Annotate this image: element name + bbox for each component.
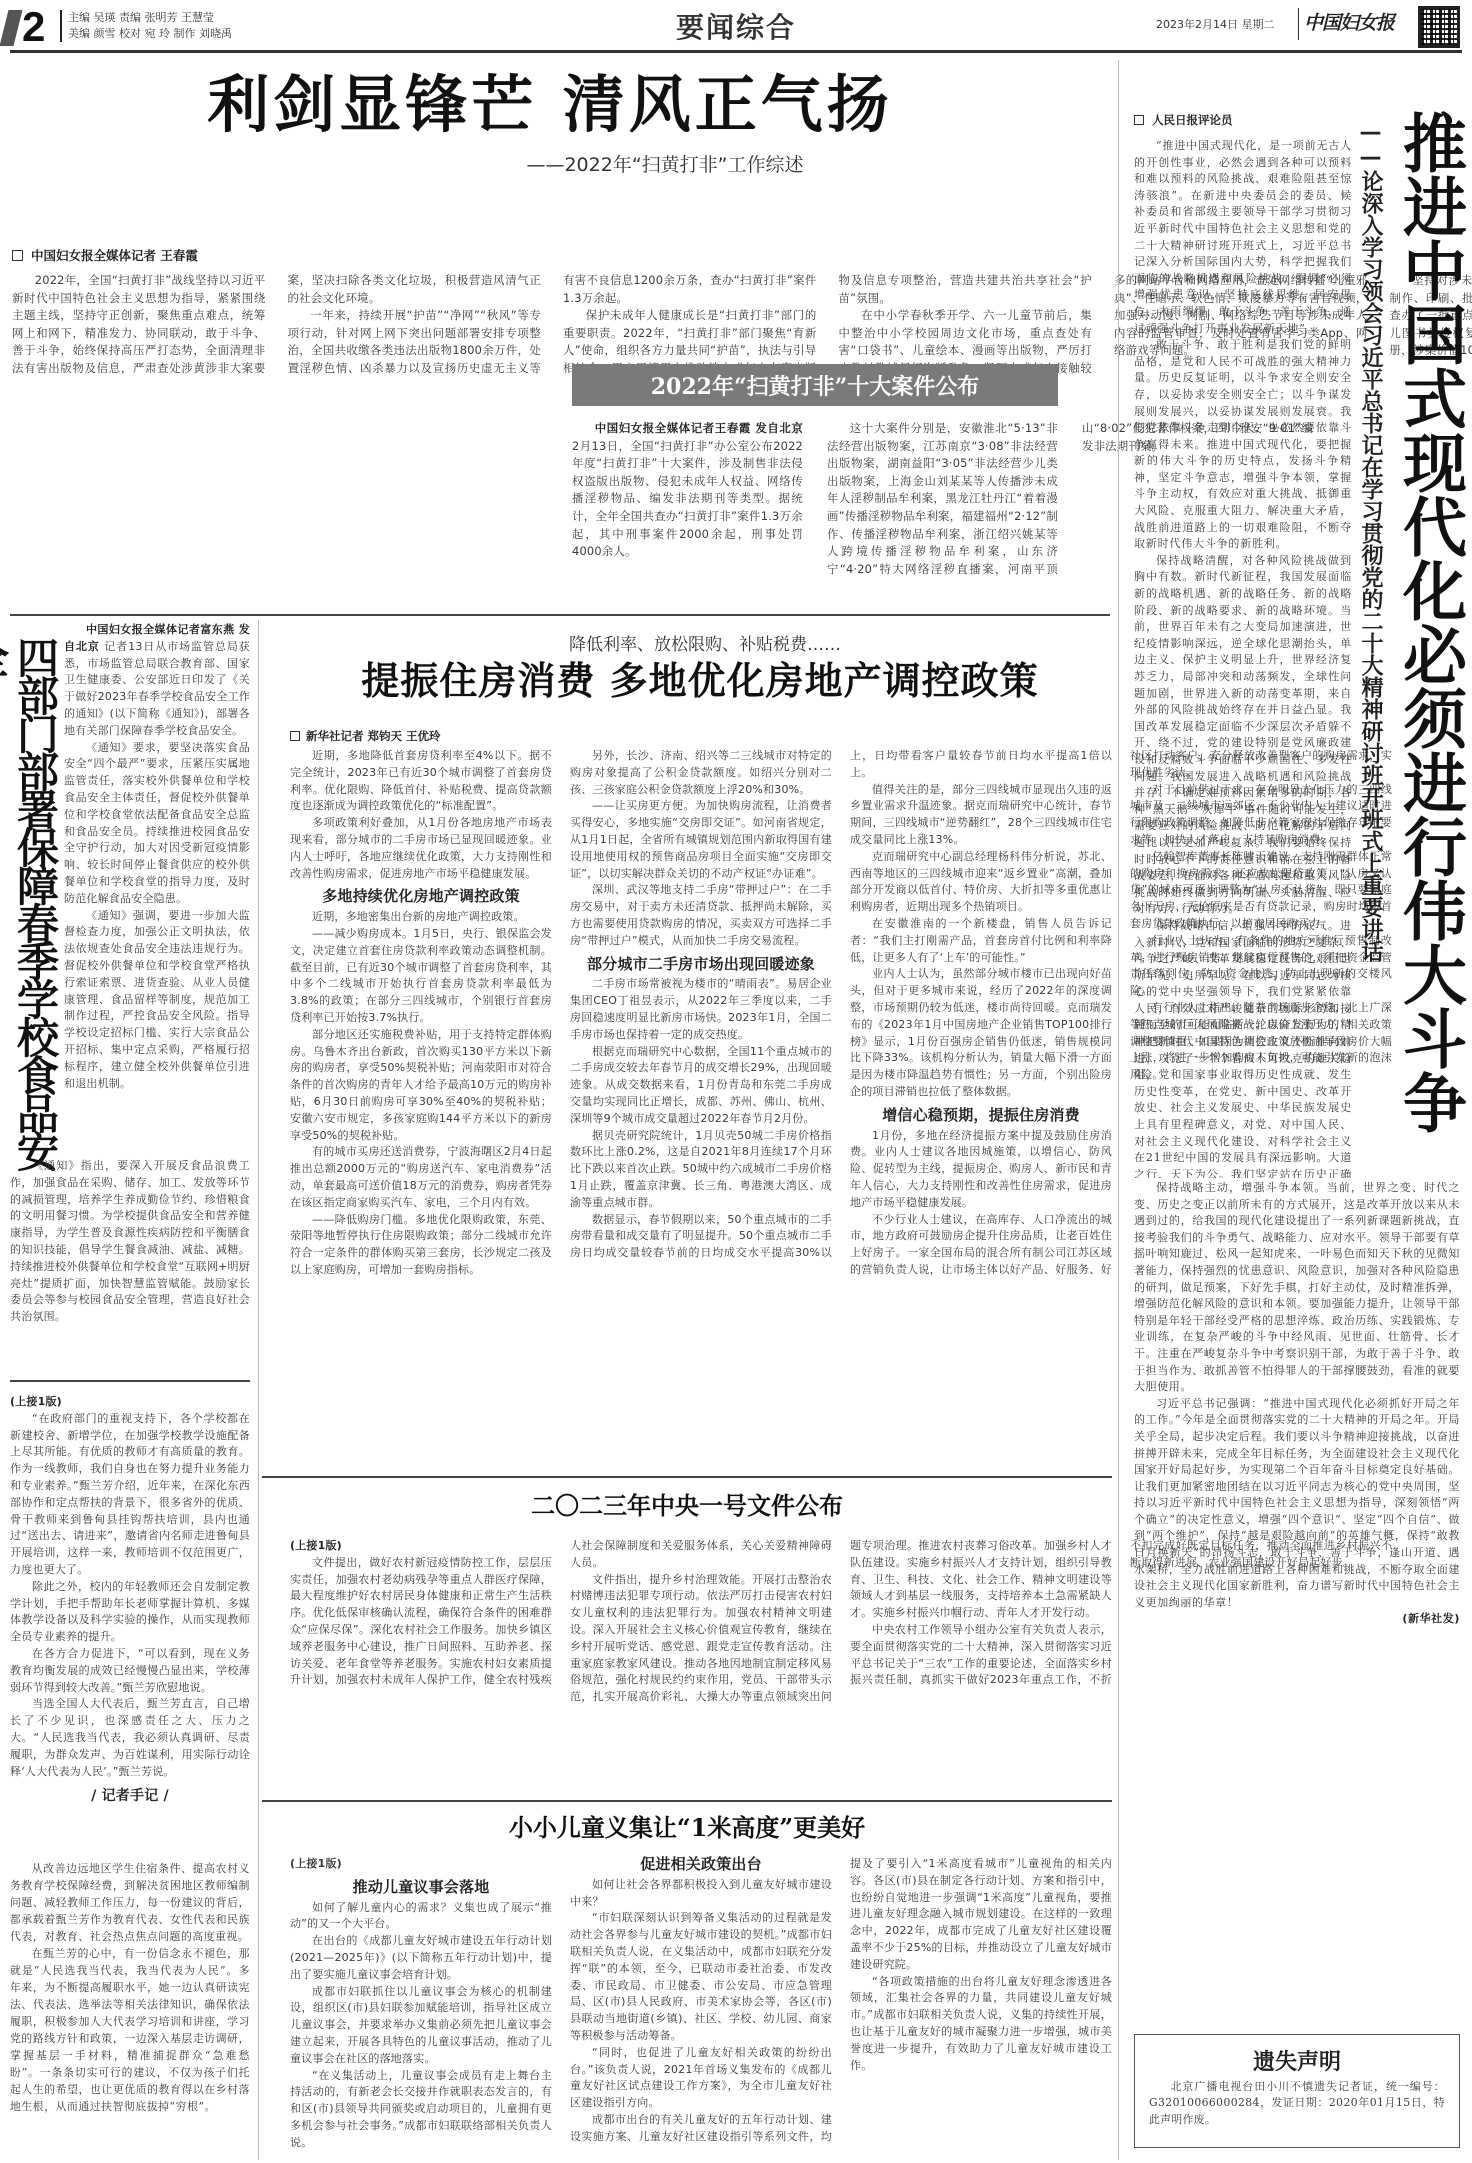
body-children-market: (上接1版)推动儿童议事会落地如何了解儿童内心的需求？义集也成了展示“推动”的又…: [290, 1856, 1112, 2156]
byline-sweep: 中国妇女报全媒体记者 王春霞: [12, 246, 198, 264]
banner-top-cases: 2022年“扫黄打非”十大案件公布: [572, 364, 1058, 406]
paragraph: 如何让社会各界都积极投入到儿童友好城市建设中来？: [570, 1877, 832, 1911]
kicker-housing: 降低利率、放松限购、补贴税费……: [290, 630, 1120, 655]
headline-school-food: 四部门部署保障春季学校食品安全: [10, 636, 60, 1181]
body-editorial-top: “推进中国式现代化，是一项前无古人的开创性事业，必然会遇到各种可以预料和难以预料…: [1134, 138, 1352, 1178]
section-subheading: 多地持续优化房地产调控政策: [290, 888, 552, 905]
section-subheading: 增信心稳预期，提振住房消费: [850, 1107, 1112, 1124]
paragraph: “同时，也促进了儿童友好相关政策的纷纷出台。”该负责人说，2021年首场义集发布…: [570, 2045, 832, 2112]
divider-top: [10, 614, 1110, 616]
paragraph: 深圳、武汉等地支持二手房“带押过户”：在二手房交易中，对于卖方未还清贷款、抵押尚…: [570, 882, 832, 949]
body-housing: 近期，多地降低首套房贷利率至4%以下。据不完全统计，2023年已有近30个城市调…: [290, 748, 1112, 1286]
divider-no1-doc: [262, 1476, 1112, 1478]
paragraph: 多项政策利好叠加，从1月份各地房地产市场表现来看，部分城市的二手房市场已显现回暖…: [290, 815, 552, 882]
lost-notice-title: 遗失声明: [1149, 2045, 1445, 2079]
paragraph: “各项政策措施的出台将儿童友好理念渗透进各领域，汇集社会各界的力量，共同建设儿童…: [850, 1974, 1112, 2075]
body-school-food: 中国妇女报全媒体记者富东燕 发自北京 记者13日从市场监管总局获悉，市场监管总局…: [64, 622, 250, 1092]
body-no1-doc: (上接1版) 文件提出，做好农村新冠疫情防控工作，层层压实责任，加强农村老幼病残…: [290, 1538, 1112, 1714]
headline-housing: 提振住房消费 多地优化房地产调控政策: [270, 654, 1130, 708]
byline-box-icon: [1134, 115, 1144, 125]
byline-box-icon: [290, 731, 300, 741]
paragraph: 克而瑞研究中心副总经理杨科伟分析说，苏北、西南等地区的三四线城市迎来“返乡置业”…: [850, 849, 1112, 916]
paragraph: 成都市妇联抓住以儿童议事会为核心的机制建设，组织区(市)县妇联参加赋能培训，指导…: [290, 1984, 552, 2068]
newspaper-logo: 中国妇女报: [1304, 8, 1394, 35]
paragraph: 据贝壳研究院统计，1月贝壳50城二手房价格指数环比上涨0.2%，这是自2021年…: [570, 1128, 832, 1212]
paragraph: 近期，多地密集出台新的房地产调控政策。: [290, 909, 552, 926]
masthead: 2 主编 吴瑛 责编 张明芳 王慧莹 美编 颜雪 校对 宛 玲 制作 刘晓禹 要…: [0, 0, 1472, 52]
body-reporter-notes: 从改善边远地区学生住宿条件、提高农村义务教育学校保障经费，到解决贫困地区教师编制…: [10, 1860, 250, 2115]
paragraph: “市妇联深刻认识到筹备义集活动的过程就是发动社会各界参与儿童友好城市建设的契机。…: [570, 1910, 832, 2044]
paragraph: 根据克而瑞研究中心数据，全国11个重点城市的二手房成交较去年春节月的成交增长29…: [570, 1044, 832, 1128]
headline-no1-doc: 二〇二三年中央一号文件公布: [262, 1486, 1112, 1526]
section-subheading: 推动儿童议事会落地: [290, 1879, 552, 1896]
section-subheading: 促进相关政策出台: [570, 1856, 832, 1873]
continued-label: (上接1版): [290, 1856, 552, 1873]
body-editorial-bottom: 保持战略主动，增强斗争本领。当前，世界之变、时代之变、历史之变正以前所未有的方式…: [1134, 1180, 1460, 1628]
paragraph: 在出台的《成都儿童友好城市建设五年行动计划(2021—2025年)》(以下简称五…: [290, 1933, 552, 1983]
lost-notice-box: 遗失声明 北京广播电视台田小川不慎遗失记者证，统一编号：G32010066000…: [1134, 2034, 1460, 2148]
paragraph: 值得关注的是，部分三四线城市显现出久违的返乡置业需求升温迹象。据克而瑞研究中心统…: [850, 782, 1112, 849]
paragraph: 业内人士认为，虽然部分城市楼市已出现向好苗头，但对于更多城市来说，经历了2022…: [850, 966, 1112, 1100]
reporter-notes-title: / 记者手记 /: [10, 1788, 250, 1805]
issue-date: 2023年2月14日 星期二: [1156, 16, 1275, 32]
continued-label: (上接1版): [10, 1394, 250, 1411]
paragraph: 另外，长沙、济南、绍兴等二三线城市对特定的购房对象提高了公积金贷款额度。如绍兴分…: [570, 748, 832, 798]
paragraph: ——让买房更方便。为加快购房流程，让消费者买得安心，多地实施“交房即交证”。如河…: [570, 798, 832, 882]
byline-editorial: 人民日报评论员: [1134, 112, 1233, 128]
continued-label: (上接1版): [290, 1538, 552, 1555]
column-separator: [258, 620, 259, 2160]
paragraph: ——降低购房门槛。多地优化限购政策，东莞、荥阳等地暂停执行住房限购政策；部分二线…: [290, 1212, 552, 1279]
editorial-source: (新华社发): [1134, 1611, 1460, 1628]
masthead-rule: [10, 50, 1462, 53]
section-subheading: 部分城市二手房市场出现回暖迹象: [570, 956, 832, 973]
lost-notice-text: 北京广播电视台田小川不慎遗失记者证，统一编号：G32010066000284，发…: [1149, 2079, 1445, 2128]
column-separator-right: [1118, 60, 1119, 2160]
paragraph: 如何了解儿童内心的需求？义集也成了展示“推动”的又一个大平台。: [290, 1900, 552, 1934]
headline-sweep: 利剑显锋芒 清风正气扬: [0, 66, 1100, 144]
byline-box-icon: [12, 250, 23, 261]
paragraph: 近期，多地降低首套房贷利率至4%以下。据不完全统计，2023年已有近30个城市调…: [290, 748, 552, 815]
paragraph: 部分地区还实施税费补贴，用于支持特定群体购房。乌鲁木齐出台新政，首次购买130平…: [290, 1027, 552, 1145]
byline-housing: 新华社记者 郑钧天 王优玲: [290, 728, 441, 744]
divider-children: [262, 1800, 1112, 1802]
body-teacher: (上接1版) “在政府部门的重视支持下，各个学校都在新建校舍、新增学位，在加强学…: [10, 1394, 250, 1811]
qr-code-icon: [1418, 6, 1460, 48]
paragraph: 二手房市场常被视为楼市的“晴雨表”。易居企业集团CEO丁祖昱表示，从2022年三…: [570, 976, 832, 1043]
body-top-cases: 中国妇女报全媒体记者王春霞 发自北京 2月13日，全国“扫黄打非”办公室公布20…: [572, 420, 1058, 580]
body-school-food-tail: 《通知》指出，要深入开展反食品浪费工作，加强食品在采购、储存、加工、发放等环节的…: [10, 1158, 250, 1326]
headline-editorial: 推进中国式现代化必须进行伟大斗争: [1394, 110, 1464, 1170]
paragraph: 有的城市买房还送消费券，宁波海曙区2月4日起推出总额2000万元的“购房送汽车、…: [290, 1144, 552, 1211]
paragraph: 1月份，多地在经济提振方案中提及鼓励住房消费。业内人士建议各地因城施策，以增信心…: [850, 1128, 1112, 1212]
paragraph: 在安徽淮南的一个新楼盘，销售人员告诉记者：“我们主打刚需产品，首套房首付比例和利…: [850, 916, 1112, 966]
subheadline-sweep: ——2022年“扫黄打非”工作综述: [0, 150, 1100, 177]
divider-left: [10, 1380, 250, 1382]
paragraph: “在义集活动上，儿童议事会成员有走上舞台主持活动的，有新老会长交接并作就职表态发…: [290, 2068, 552, 2152]
subheadline-editorial: ——论深入学习领会习近平总书记在学习贯彻党的二十大精神研讨班开班式上重要讲话: [1356, 120, 1384, 1020]
paragraph: ——减少购房成本。1月5日，央行、银保监会发文，决定建立首套住房贷款利率政策动态…: [290, 926, 552, 1027]
headline-children-market: 小小儿童义集让“1米高度”更美好: [262, 1808, 1112, 1848]
